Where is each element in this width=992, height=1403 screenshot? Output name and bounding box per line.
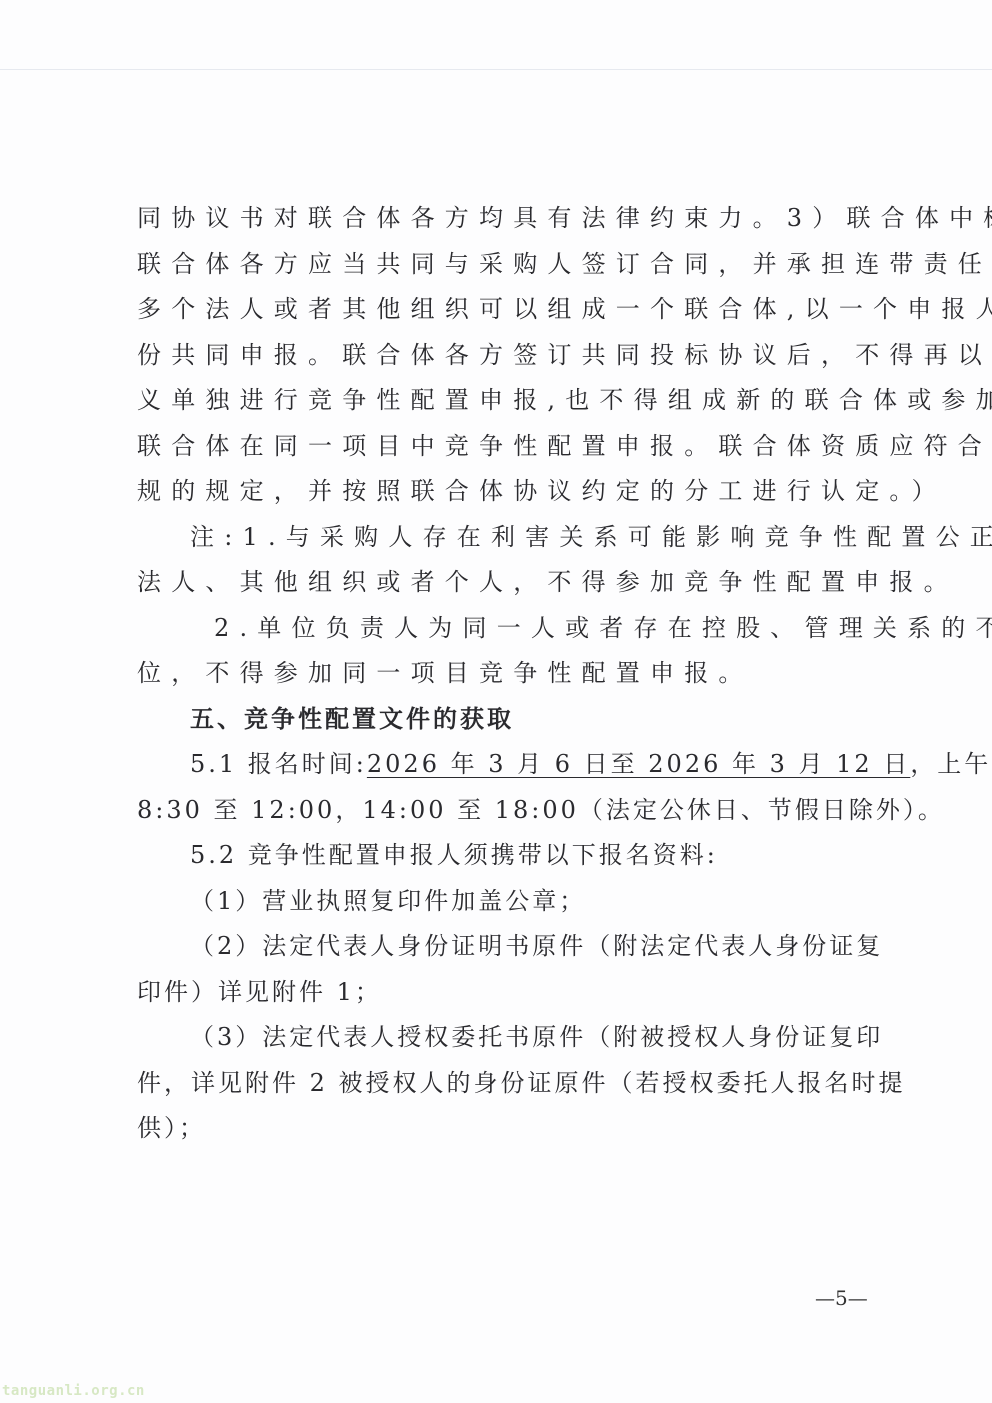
header-rule xyxy=(0,69,992,70)
item-5-1-hours: 8:30 至 12:00，14:00 至 18:00（法定公休日、节假日除外）。 xyxy=(137,788,877,834)
body-text-line: 份共同申报。联合体各方签订共同投标协议后，不得再以自己名 xyxy=(137,333,877,379)
item-5-2: 5.2 竞争性配置申报人须携带以下报名资料: xyxy=(137,833,877,879)
body-text-line: 规的规定，并按照联合体协议约定的分工进行认定。） xyxy=(137,469,877,515)
material-item-3: （3）法定代表人授权委托书原件（附被授权人身份证复印 xyxy=(137,1015,877,1061)
note-2-line: 位，不得参加同一项目竞争性配置申报。 xyxy=(137,651,877,697)
body-text-line: 联合体在同一项目中竞争性配置申报。联合体资质应符合法律法 xyxy=(137,424,877,470)
item-5-1: 5.1 报名时间:2026 年 3 月 6 日至 2026 年 3 月 12 日… xyxy=(137,742,877,788)
material-item-3-cont: 供）； xyxy=(137,1106,877,1152)
material-item-2: （2）法定代表人身份证明书原件（附法定代表人身份证复 xyxy=(137,924,877,970)
material-item-3-cont: 件，详见附件 2 被授权人的身份证原件（若授权委托人报名时提 xyxy=(137,1061,877,1107)
page-body: 同协议书对联合体各方均具有法律约束力。3）联合体中标后， 联合体各方应当共同与采… xyxy=(137,196,877,1152)
registration-date-range: 2026 年 3 月 6 日至 2026 年 3 月 12 日 xyxy=(367,750,910,778)
note-1-line: 法人、其他组织或者个人，不得参加竞争性配置申报。 xyxy=(137,560,877,606)
watermark: tanguanli.org.cn xyxy=(2,1383,145,1399)
body-text-line: 义单独进行竞争性配置申报,也不得组成新的联合体或参加其他 xyxy=(137,378,877,424)
item-5-1-suffix: ，上午 xyxy=(910,750,991,778)
material-item-1: （1）营业执照复印件加盖公章； xyxy=(137,879,877,925)
item-5-1-prefix: 5.1 报名时间: xyxy=(190,750,367,778)
body-text-line: 多个法人或者其他组织可以组成一个联合体,以一个申报人的身 xyxy=(137,287,877,333)
body-text-line: 同协议书对联合体各方均具有法律约束力。3）联合体中标后， xyxy=(137,196,877,242)
material-item-2-cont: 印件）详见附件 1； xyxy=(137,970,877,1016)
page-number: —5— xyxy=(815,1286,868,1310)
section-heading: 五、竞争性配置文件的获取 xyxy=(137,697,877,743)
body-text-line: 联合体各方应当共同与采购人签订合同，并承担连带责任。4） xyxy=(137,242,877,288)
note-1-line: 注:1.与采购人存在利害关系可能影响竞争性配置公正性的 xyxy=(137,515,877,561)
note-2-line: 2.单位负责人为同一人或者存在控股、管理关系的不同单 xyxy=(137,606,877,652)
